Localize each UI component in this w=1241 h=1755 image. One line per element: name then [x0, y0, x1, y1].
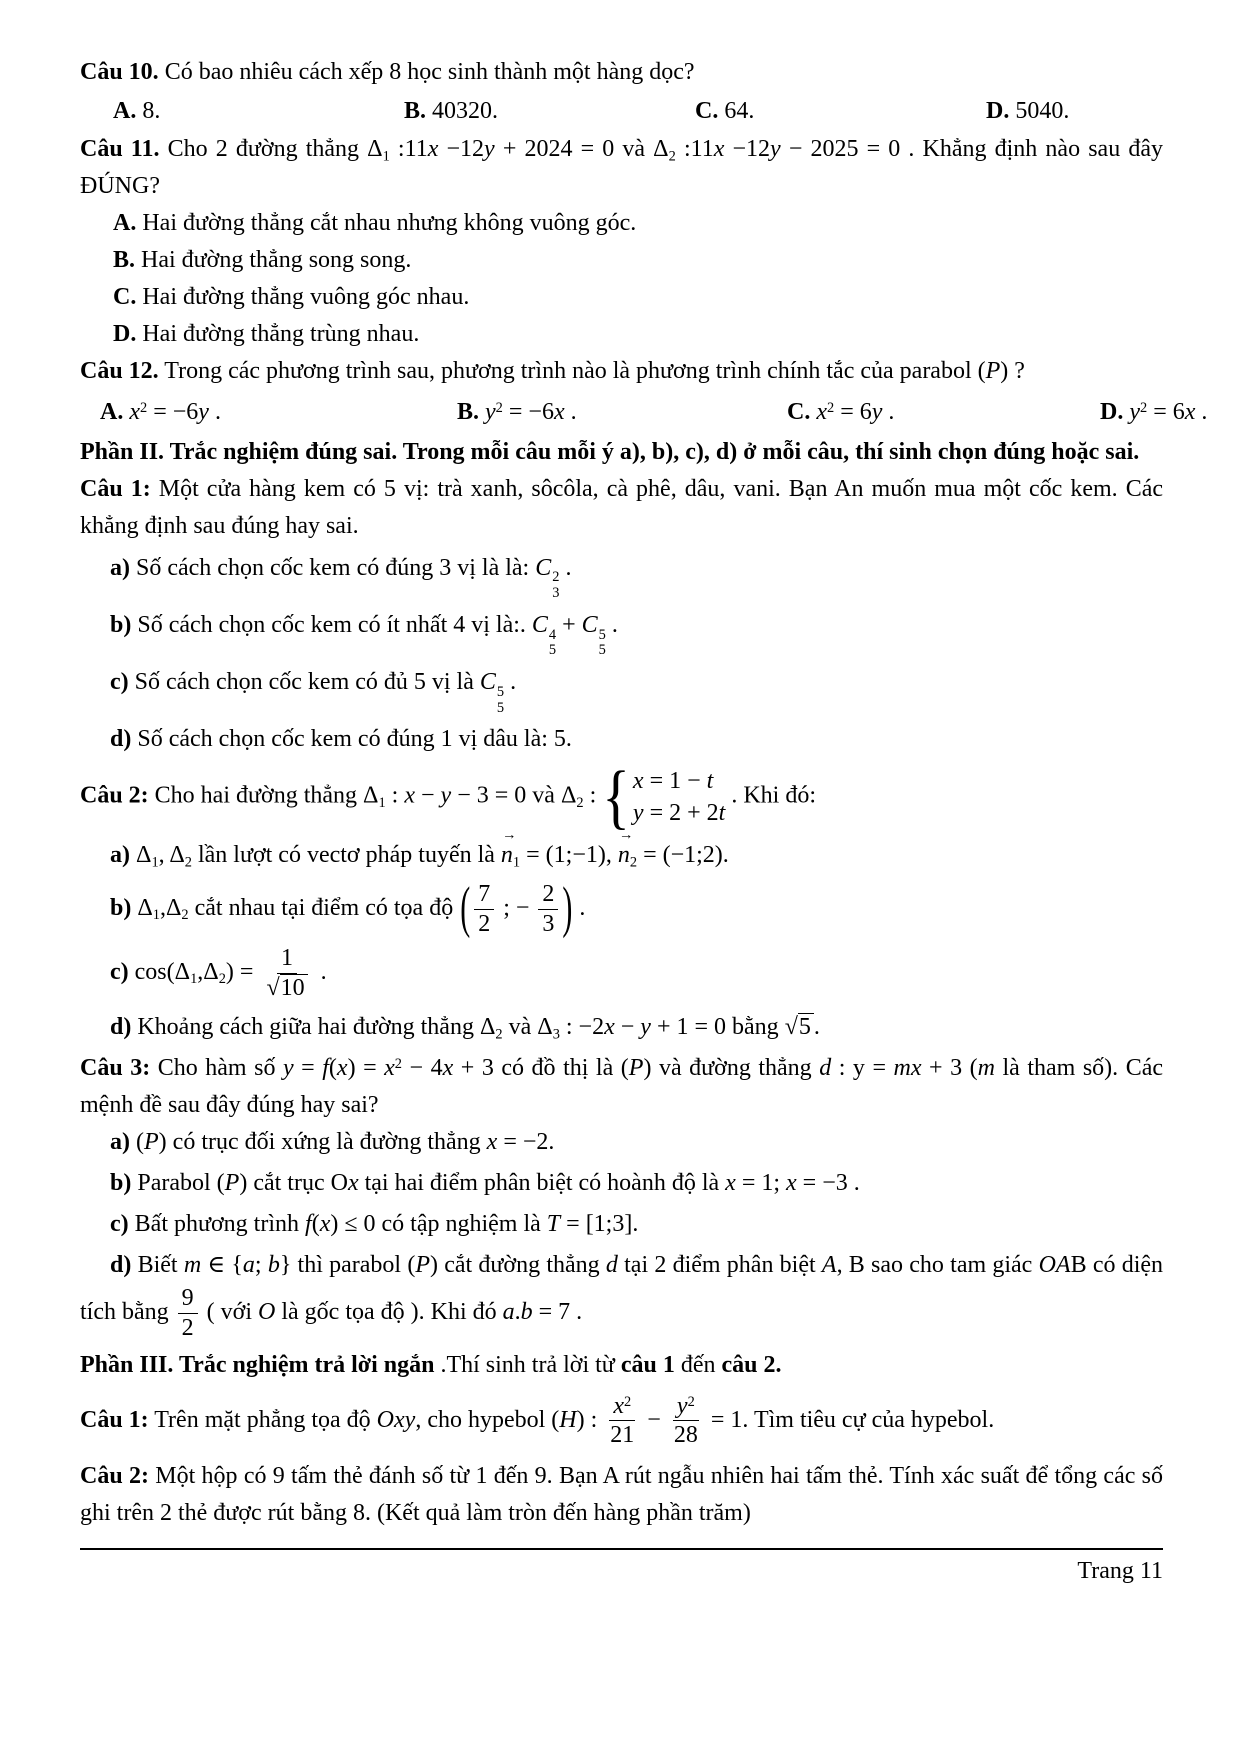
question-11-stem: Câu 11. Cho 2 đường thẳng Δ1 :11x −12y +… [80, 131, 1163, 205]
question-12-options: A. x2 = −6y . B. y2 = −6x . C. x2 = 6y .… [80, 392, 1163, 432]
question-12-option-b: B. y2 = −6x . [457, 392, 787, 432]
question-11-option-c: C. Hai đường thẳng vuông góc nhau. [80, 279, 1163, 316]
option-label: C. [695, 98, 718, 124]
option-label: D. [986, 98, 1009, 124]
p3-q1-stem: Câu 1: Trên mặt phẳng tọa độ Oxy, cho hy… [80, 1392, 1163, 1451]
option-text: Hai đường thẳng vuông góc nhau. [136, 284, 469, 310]
question-10-option-a: A. 8. [113, 91, 404, 131]
question-12-option-a: A. x2 = −6y . [100, 392, 457, 432]
part-2-question-3: Câu 3: Cho hàm số y = f(x) = x2 − 4x + 3… [80, 1050, 1163, 1343]
option-text: Hai đường thẳng cắt nhau nhưng không vuô… [136, 210, 636, 236]
option-text: Hai đường thẳng song song. [135, 247, 411, 273]
p2-q1-stem: Câu 1: Một cửa hàng kem có 5 vị: trà xan… [80, 471, 1163, 545]
option-label: A. [113, 98, 136, 124]
p2-q3-item-d: d) Biết m ∈ {a; b} thì parabol (P) cắt đ… [80, 1247, 1163, 1343]
p2-q2-item-a: a) Δ1, Δ2 lần lượt có vectơ pháp tuyến l… [80, 837, 1163, 874]
option-text: 5040. [1009, 98, 1069, 124]
question-10-stem: Câu 10. Có bao nhiêu cách xếp 8 học sinh… [80, 54, 1163, 91]
option-label: D. [113, 321, 136, 347]
option-label: C. [113, 284, 136, 310]
question-10: Câu 10. Có bao nhiêu cách xếp 8 học sinh… [80, 54, 1163, 131]
question-11-option-a: A. Hai đường thẳng cắt nhau nhưng không … [80, 205, 1163, 242]
exam-page: Câu 10. Có bao nhiêu cách xếp 8 học sinh… [0, 0, 1241, 1592]
p2-q3-item-b: b) Parabol (P) cắt trục Ox tại hai điểm … [80, 1165, 1163, 1202]
question-10-option-d: D. 5040. [986, 91, 1163, 131]
question-12-option-d: D. y2 = 6x . [1100, 392, 1207, 432]
p2-q2-item-b: b) Δ1,Δ2 cắt nhau tại điểm có tọa độ (72… [80, 880, 1163, 939]
p2-q3-stem: Câu 3: Cho hàm số y = f(x) = x2 − 4x + 3… [80, 1050, 1163, 1124]
part-2-header: Phần II. Trắc nghiệm đúng sai. Trong mỗi… [80, 434, 1163, 471]
question-10-options: A. 8. B. 40320. C. 64. D. 5040. [80, 91, 1163, 131]
option-label: B. [113, 247, 135, 273]
question-12: Câu 12. Trong các phương trình sau, phươ… [80, 353, 1163, 432]
p2-q2-item-c: c) cos(Δ1,Δ2) = 1√10 . [80, 944, 1163, 1003]
p2-q1-item-c: c) Số cách chọn cốc kem có đủ 5 vị là C5… [80, 664, 1163, 716]
option-label: A. [113, 210, 136, 236]
p2-q2-stem: Câu 2: Cho hai đường thẳng Δ1 : x − y − … [80, 766, 1163, 828]
p3-q2-stem: Câu 2: Một hộp có 9 tấm thẻ đánh số từ 1… [80, 1458, 1163, 1532]
part-3-header: Phần III. Trắc nghiệm trả lời ngắn .Thí … [80, 1347, 1163, 1384]
option-text: 8. [136, 98, 160, 124]
page-number: Trang 11 [80, 1550, 1163, 1592]
p2-q3-item-c: c) Bất phương trình f(x) ≤ 0 có tập nghi… [80, 1206, 1163, 1243]
option-label: B. [404, 98, 426, 124]
part-3: Phần III. Trắc nghiệm trả lời ngắn .Thí … [80, 1347, 1163, 1533]
question-11-option-d: D. Hai đường thẳng trùng nhau. [80, 316, 1163, 353]
p2-q1-item-d: d) Số cách chọn cốc kem có đúng 1 vị dâu… [80, 721, 1163, 758]
part-2: Phần II. Trắc nghiệm đúng sai. Trong mỗi… [80, 434, 1163, 1343]
p2-q3-item-a: a) (P) có trục đối xứng là đường thẳng x… [80, 1124, 1163, 1161]
option-text: 40320. [426, 98, 498, 124]
part-2-question-1: Câu 1: Một cửa hàng kem có 5 vị: trà xan… [80, 471, 1163, 758]
p2-q1-item-a: a) Số cách chọn cốc kem có đúng 3 vị là … [80, 550, 1163, 602]
part-2-question-2: Câu 2: Cho hai đường thẳng Δ1 : x − y − … [80, 766, 1163, 1046]
p2-q1-item-b: b) Số cách chọn cốc kem có ít nhất 4 vị … [80, 607, 1163, 659]
question-12-stem: Câu 12. Trong các phương trình sau, phươ… [80, 353, 1163, 390]
question-12-option-c: C. x2 = 6y . [787, 392, 1100, 432]
question-10-option-c: C. 64. [695, 91, 986, 131]
p2-q2-item-d: d) Khoảng cách giữa hai đường thẳng Δ2 v… [80, 1009, 1163, 1046]
question-10-option-b: B. 40320. [404, 91, 695, 131]
question-11: Câu 11. Cho 2 đường thẳng Δ1 :11x −12y +… [80, 131, 1163, 353]
option-text: 64. [718, 98, 754, 124]
option-text: Hai đường thẳng trùng nhau. [136, 321, 419, 347]
question-11-option-b: B. Hai đường thẳng song song. [80, 242, 1163, 279]
